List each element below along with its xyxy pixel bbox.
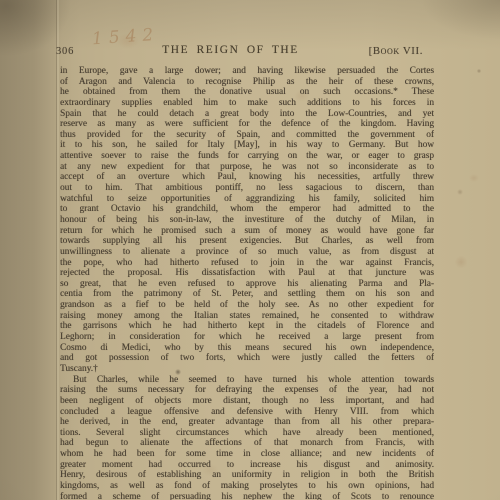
- text-line: raising the sums necessary for defraying…: [60, 385, 434, 396]
- text-line: extraordinary supplies enabled him to ma…: [60, 98, 434, 109]
- text-line: Spain that he could detach a great body …: [60, 109, 434, 120]
- text-line: honour of being his son-in-law, the inve…: [60, 215, 434, 226]
- text-line: so great, that he even refused to approv…: [60, 279, 434, 290]
- paragraph: But Charles, while he seemed to have tur…: [60, 375, 434, 500]
- text-line: But Charles, while he seemed to have tur…: [60, 375, 434, 386]
- text-line: Cosmo di Medici, who by this means secur…: [60, 343, 434, 354]
- text-line: at any new expedient for that purpose, h…: [60, 162, 434, 173]
- book-volume-label: [Book VII.: [369, 45, 423, 57]
- text-line: kingdoms, as well as fond of making pros…: [60, 481, 434, 492]
- text-line: greater moment had occurred to increase …: [60, 460, 434, 471]
- text-line: thus provided for the security of Spain,…: [60, 130, 434, 141]
- text-line: of Aragon and Valencia to recognise Phil…: [60, 77, 434, 88]
- text-line: in Europe, gave a large dower; and havin…: [60, 66, 434, 77]
- text-line: tions. Several slight circumstances whic…: [60, 428, 434, 439]
- text-line: Henry, desirous of establishing an unifo…: [60, 470, 434, 481]
- text-line: to grant Octavio his grandchild, whom th…: [60, 204, 434, 215]
- text-line: whom he had been for some time in close …: [60, 449, 434, 460]
- text-line: Tuscany.†: [60, 364, 434, 375]
- text-line: out to him. That ambitious pontiff, no l…: [60, 183, 434, 194]
- page-fold-highlight: [57, 0, 59, 500]
- text-line: he obtained from them the donative usual…: [60, 87, 434, 98]
- text-line: the pope, who had hitherto refused to jo…: [60, 258, 434, 269]
- text-line: Leghorn; in consideration for which he r…: [60, 332, 434, 343]
- text-line: centia from the patrimony of St. Peter, …: [60, 289, 434, 300]
- text-line: accept of an overture which Paul, knowin…: [60, 172, 434, 183]
- text-line: attentive soever to raise the funds for …: [60, 151, 434, 162]
- text-line: it to his son, he sailed for Italy [May]…: [60, 140, 434, 151]
- text-line: raising money among the Italian states r…: [60, 311, 434, 322]
- running-header: 306 THE REIGN OF THE [Book VII.: [60, 44, 433, 58]
- text-line: reserve as many as were sufficient for t…: [60, 119, 434, 130]
- text-line: and got possession of two forts, which w…: [60, 353, 434, 364]
- text-line: had begun to alienate the affections of …: [60, 438, 434, 449]
- body-text: in Europe, gave a large dower; and havin…: [60, 66, 434, 500]
- text-line: he derived, in the end, greater advantag…: [60, 417, 434, 428]
- text-line: been negligent of objects more distant, …: [60, 396, 434, 407]
- text-line: towards supplying all his present exigen…: [60, 236, 434, 247]
- text-line: return for which he promised such a sum …: [60, 226, 434, 237]
- text-line: watchful to seize opportunities of aggra…: [60, 194, 434, 205]
- text-line: formed a scheme of persuading his nephew…: [60, 492, 434, 500]
- text-line: grandson as a fief to be held of the hol…: [60, 300, 434, 311]
- text-line: rejected the proposal. His dissatisfacti…: [60, 268, 434, 279]
- scanned-book-page: 1542 306 THE REIGN OF THE [Book VII. in …: [0, 0, 500, 500]
- paragraph: in Europe, gave a large dower; and havin…: [60, 66, 434, 375]
- text-line: unwillingness to alienate a province of …: [60, 247, 434, 258]
- text-line: concluded a league offensive and defensi…: [60, 407, 434, 418]
- running-title: THE REIGN OF THE: [44, 44, 417, 56]
- text-line: the garrisons which he had hitherto kept…: [60, 321, 434, 332]
